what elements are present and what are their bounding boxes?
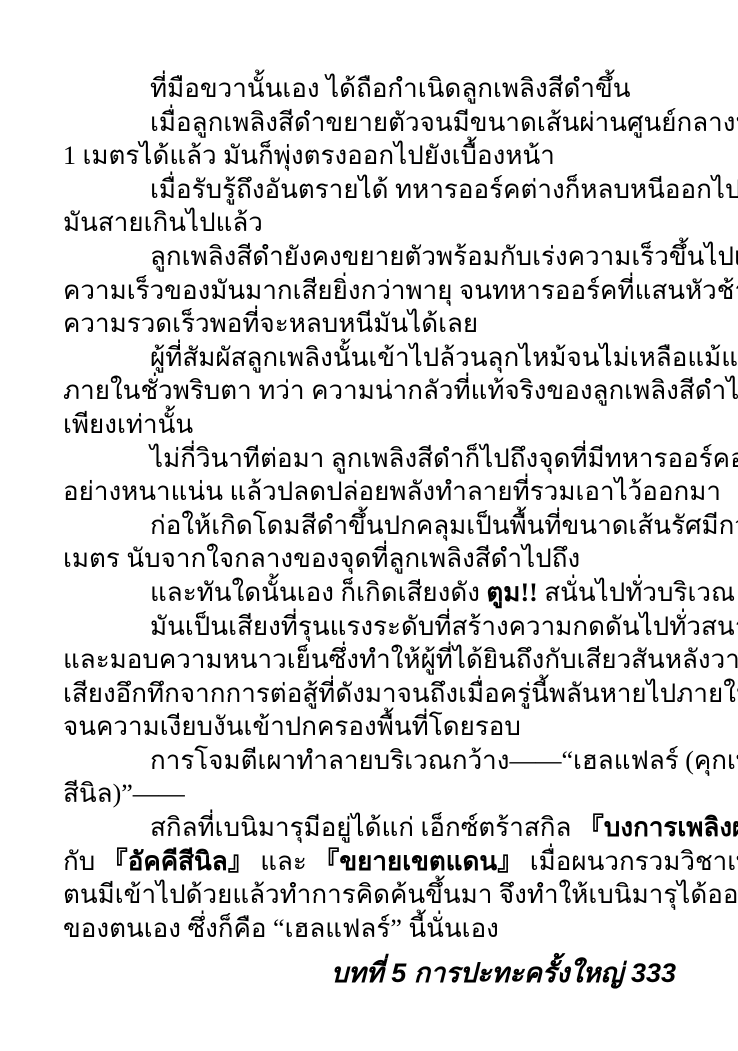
body-text: ไม่กี่วินาทีต่อมา ลูกเพลิงสีดำก็ไปถึงจุด… [150, 444, 738, 473]
body-text: เสียงอึกทึกจากการต่อสู้ที่ดังมาจนถึงเมื่… [63, 679, 738, 708]
body-text: ของตนเอง ซึ่งก็คือ “เฮลแฟลร์” นี้นั่นเอง [63, 914, 499, 943]
text-line: อย่างหนาแน่น แล้วปลดปล่อยพลังทำลายที่รวม… [63, 475, 676, 509]
text-line: ความรวดเร็วพอที่จะหลบหนีมันได้เลย [63, 307, 676, 341]
text-line: ที่มือขวานั้นเอง ได้ถือกำเนิดลูกเพลิงสีด… [63, 72, 676, 106]
body-text: เมตร นับจากใจกลางของจุดที่ลูกเพลิงสีดำไป… [63, 544, 580, 573]
body-text: และมอบความหนาวเย็นซึ่งทำให้ผู้ที่ได้ยินถ… [63, 645, 738, 674]
body-text: ภายในชั่วพริบตา ทว่า ความน่ากลัวที่แท้จร… [63, 376, 738, 405]
chapter-footer: บทที่ 5 การปะทะครั้งใหญ่ 333 [63, 956, 676, 990]
body-text: ลูกเพลิงสีดำยังคงขยายตัวพร้อมกับเร่งความ… [150, 242, 738, 271]
body-text: จนความเงียบงันเข้าปกครองพื้นที่โดยรอบ [63, 712, 521, 741]
body-text: อย่างหนาแน่น แล้วปลดปล่อยพลังทำลายที่รวม… [63, 477, 721, 506]
text-line: มันสายเกินไปแล้ว [63, 206, 676, 240]
text-line: การโจมตีเผาทำลายบริเวณกว้าง——“เฮลแฟลร์ (… [63, 744, 676, 778]
bold-text: ตูม!! [486, 578, 537, 607]
text-line: ก่อให้เกิดโดมสีดำขึ้นปกคลุมเป็นพื้นที่ขน… [63, 509, 676, 543]
text-line: ภายในชั่วพริบตา ทว่า ความน่ากลัวที่แท้จร… [63, 374, 676, 408]
text-line: เมตร นับจากใจกลางของจุดที่ลูกเพลิงสีดำไป… [63, 542, 676, 576]
body-text: เมื่อลูกเพลิงสีดำขยายตัวจนมีขนาดเส้นผ่าน… [150, 108, 738, 137]
body-text: ที่มือขวานั้นเอง ได้ถือกำเนิดลูกเพลิงสีด… [150, 74, 631, 103]
book-page: ที่มือขวานั้นเอง ได้ถือกำเนิดลูกเพลิงสีด… [0, 0, 738, 1051]
body-text: สกิลที่เบนิมารุมีอยู่ได้แก่ เอ็กซ์ตร้าสก… [150, 813, 578, 842]
body-text: ตนมีเข้าไปด้วยแล้วทำการคิดค้นขึ้นมา จึงท… [63, 880, 738, 909]
body-text: การโจมตีเผาทำลายบริเวณกว้าง——“เฮลแฟลร์ (… [150, 746, 738, 775]
text-line: ของตนเอง ซึ่งก็คือ “เฮลแฟลร์” นี้นั่นเอง [63, 912, 676, 946]
body-text: มันเป็นเสียงที่รุนแรงระดับที่สร้างความกด… [150, 612, 738, 641]
text-line: ลูกเพลิงสีดำยังคงขยายตัวพร้อมกับเร่งความ… [63, 240, 676, 274]
text-line: มันเป็นเสียงที่รุนแรงระดับที่สร้างความกด… [63, 610, 676, 644]
text-line: เสียงอึกทึกจากการต่อสู้ที่ดังมาจนถึงเมื่… [63, 677, 676, 711]
text-line: กับ 『อัคคีสีนิล』 และ 『ขยายเขตแดน』 เมื่อผ… [63, 845, 676, 879]
body-text: มันสายเกินไปแล้ว [63, 208, 263, 237]
body-text: และทันใดนั้นเอง ก็เกิดเสียงดัง [150, 578, 486, 607]
text-line: ผู้ที่สัมผัสลูกเพลิงนั้นเข้าไปล้วนลุกไหม… [63, 341, 676, 375]
text-line: เมื่อลูกเพลิงสีดำขยายตัวจนมีขนาดเส้นผ่าน… [63, 106, 676, 140]
body-text: กับ [63, 847, 102, 876]
text-line: ความเร็วของมันมากเสียยิ่งกว่าพายุ จนทหาร… [63, 274, 676, 308]
body-text: เพียงเท่านั้น [63, 410, 193, 439]
text-line: สีนิล)”—— [63, 777, 676, 811]
bold-text: 『บงการเพลิงผลาญ』 [578, 813, 738, 842]
body-text: ผู้ที่สัมผัสลูกเพลิงนั้นเข้าไปล้วนลุกไหม… [150, 343, 738, 372]
page-body: ที่มือขวานั้นเอง ได้ถือกำเนิดลูกเพลิงสีด… [63, 72, 676, 945]
bold-text: 『ขยายเขตแดน』 [313, 847, 523, 876]
body-text: เมื่อผนวกรวมวิชาเพลิงเวทที่ [523, 847, 738, 876]
text-line: และมอบความหนาวเย็นซึ่งทำให้ผู้ที่ได้ยินถ… [63, 643, 676, 677]
body-text: 1 เมตรได้แล้ว มันก็พุ่งตรงออกไปยังเบื้อง… [63, 141, 555, 170]
body-text: และ [254, 847, 314, 876]
body-text: ความเร็วของมันมากเสียยิ่งกว่าพายุ จนทหาร… [63, 276, 738, 305]
body-text: ความรวดเร็วพอที่จะหลบหนีมันได้เลย [63, 309, 478, 338]
bold-text: 『อัคคีสีนิล』 [102, 847, 254, 876]
text-line: และทันใดนั้นเอง ก็เกิดเสียงดัง ตูม!! สนั… [63, 576, 676, 610]
text-line: เมื่อรับรู้ถึงอันตรายได้ ทหารออร์คต่างก็… [63, 173, 676, 207]
text-line: 1 เมตรได้แล้ว มันก็พุ่งตรงออกไปยังเบื้อง… [63, 139, 676, 173]
text-line: เพียงเท่านั้น [63, 408, 676, 442]
body-text: สีนิล)”—— [63, 779, 185, 808]
text-line: จนความเงียบงันเข้าปกครองพื้นที่โดยรอบ [63, 710, 676, 744]
body-text: ก่อให้เกิดโดมสีดำขึ้นปกคลุมเป็นพื้นที่ขน… [150, 511, 738, 540]
text-line: ไม่กี่วินาทีต่อมา ลูกเพลิงสีดำก็ไปถึงจุด… [63, 442, 676, 476]
text-line: สกิลที่เบนิมารุมีอยู่ได้แก่ เอ็กซ์ตร้าสก… [63, 811, 676, 845]
text-line: ตนมีเข้าไปด้วยแล้วทำการคิดค้นขึ้นมา จึงท… [63, 878, 676, 912]
body-text: สนั่นไปทั่วบริเวณ [538, 578, 735, 607]
body-text: เมื่อรับรู้ถึงอันตรายได้ ทหารออร์คต่างก็… [150, 175, 738, 204]
